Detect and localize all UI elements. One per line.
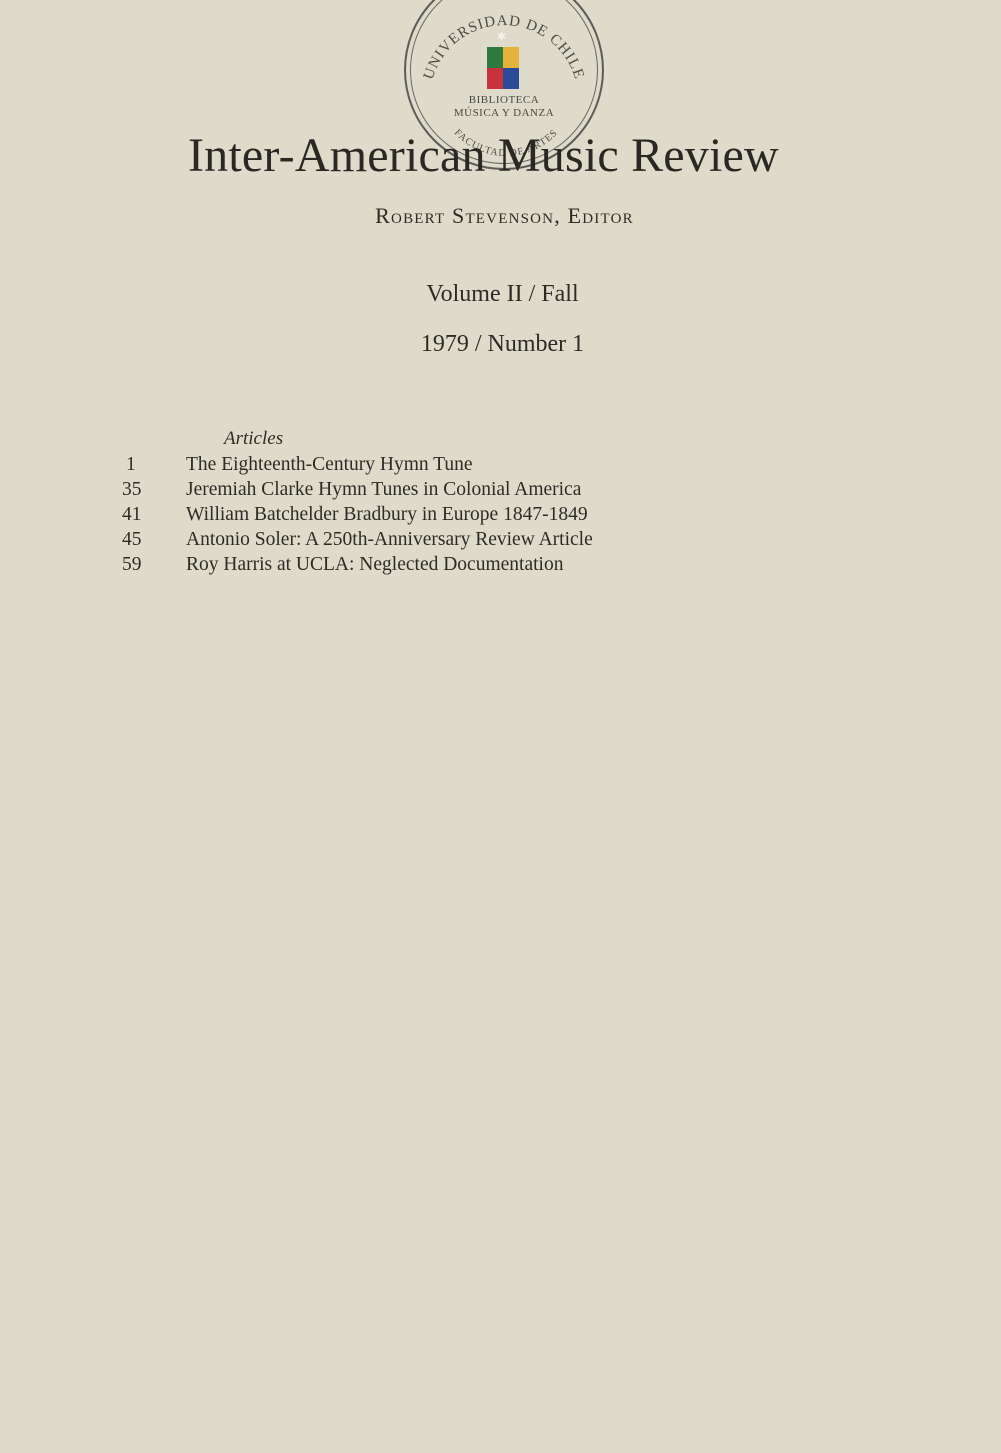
toc-page-number: 35 — [122, 479, 152, 501]
editor-line: Robert Stevenson, Editor — [0, 203, 1001, 229]
toc-page-number: 45 — [122, 529, 152, 551]
toc-page-number: 1 — [126, 454, 156, 476]
toc-article-title: Antonio Soler: A 250th-Anniversary Revie… — [186, 529, 593, 551]
toc-article-title: The Eighteenth-Century Hymn Tune — [186, 454, 473, 476]
section-heading-articles: Articles — [224, 428, 283, 450]
toc-article-title: William Batchelder Bradbury in Europe 18… — [186, 504, 588, 526]
star-icon: ✱ — [497, 30, 506, 43]
volume-line: Volume II / Fall — [0, 281, 1001, 308]
stamp-biblioteca: BIBLIOTECA — [404, 94, 604, 106]
toc-page-number: 41 — [122, 504, 152, 526]
toc-article-title: Roy Harris at UCLA: Neglected Documentat… — [186, 554, 563, 576]
stamp-musica-danza: MÚSICA Y DANZA — [404, 107, 604, 119]
university-shield-icon — [487, 47, 519, 89]
toc-page-number: 59 — [122, 554, 152, 576]
toc-article-title: Jeremiah Clarke Hymn Tunes in Colonial A… — [186, 479, 581, 501]
issue-number-line: 1979 / Number 1 — [0, 331, 1001, 358]
journal-title: Inter-American Music Review — [188, 128, 779, 183]
